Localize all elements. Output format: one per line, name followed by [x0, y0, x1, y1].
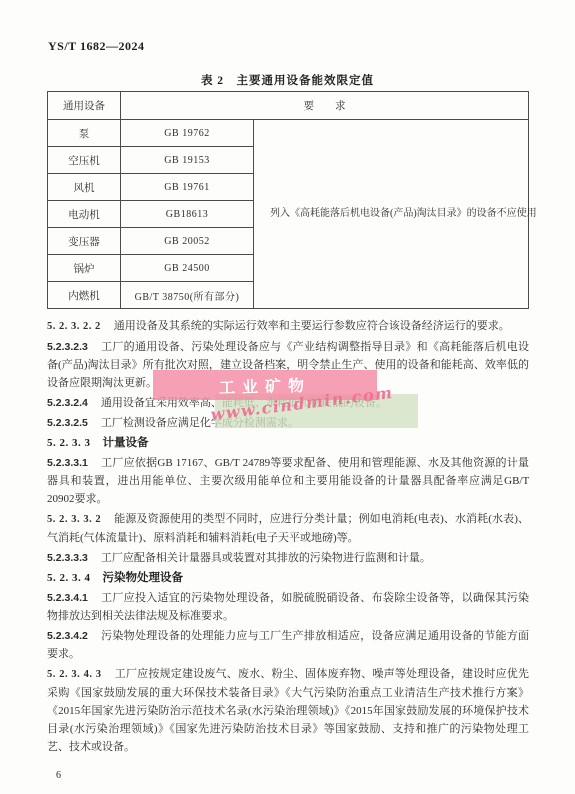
- table-row: 泵 GB 19762 列入《高耗能落后机电设备(产品)淘汰目录》的设备不应使用: [48, 120, 529, 147]
- clause-5-2-3-4-2: 5.2.3.4.2污染物处理设备的处理能力应与工厂生产排放相适应，设备应满足通用…: [47, 627, 529, 663]
- standard-code: YS/T 1682—2024: [48, 39, 144, 54]
- clause-text: 工厂应按规定建设废气、废水、粉尘、固体废弃物、噪声等处理设备，建设时应优先采购《…: [47, 668, 529, 753]
- clause-heading-pollutant-treatment-equipment: 5. 2. 3. 4污染物处理设备: [47, 569, 529, 587]
- standard-cell: GB/T 38750(所有部分): [121, 282, 254, 309]
- standard-cell: GB 20052: [121, 228, 254, 255]
- device-cell: 内燃机: [48, 282, 121, 309]
- device-cell: 泵: [48, 120, 121, 147]
- clause-number: 5.2.3.4.2: [47, 630, 88, 642]
- clause-text: 能源及资源使用的类型不同时，应进行分类计量；例如电消耗(电表)、水消耗(水表)、…: [47, 513, 529, 544]
- clause-number: 5.2.3.2.3: [47, 341, 88, 353]
- clause-number: 5.2.3.3.3: [47, 552, 88, 564]
- col-header-requirement: 要 求: [121, 92, 529, 120]
- device-cell: 变压器: [48, 228, 121, 255]
- device-cell: 空压机: [48, 147, 121, 174]
- equipment-efficiency-table: 通用设备 要 求 泵 GB 19762 列入《高耗能落后机电设备(产品)淘汰目录…: [47, 91, 529, 309]
- requirement-cell: 列入《高耗能落后机电设备(产品)淘汰目录》的设备不应使用: [254, 120, 529, 309]
- table-body: 通用设备 要 求 泵 GB 19762 列入《高耗能落后机电设备(产品)淘汰目录…: [48, 92, 529, 309]
- standard-cell: GB 24500: [121, 255, 254, 282]
- standard-cell: GB 19153: [121, 147, 254, 174]
- clause-number: 5.2.3.2.4: [47, 397, 88, 409]
- clause-heading-text: 计量设备: [103, 437, 149, 449]
- clause-text: 工厂应配备相关计量器具或装置对其排放的污染物进行监测和计量。: [101, 552, 431, 564]
- standard-cell: GB 19762: [121, 120, 254, 147]
- clause-number: 5.2.3.3.1: [47, 457, 88, 469]
- clause-text: 工厂应投入适宜的污染物处理设备，如脱硫脱硝设备、布袋除尘设备等，以确保其污染物排…: [47, 592, 529, 622]
- clause-5-2-3-3-2: 5. 2. 3. 3. 2能源及资源使用的类型不同时，应进行分类计量；例如电消耗…: [47, 510, 529, 547]
- clause-heading-metering-equipment: 5. 2. 3. 3计量设备: [47, 434, 529, 452]
- clause-5-2-3-3-3: 5.2.3.3.3工厂应配备相关计量器具或装置对其排放的污染物进行监测和计量。: [47, 549, 529, 567]
- clause-5-2-3-4-3: 5. 2. 3. 4. 3工厂应按规定建设废气、废水、粉尘、固体废弃物、噪声等处…: [47, 665, 529, 756]
- clause-number: 5. 2. 3. 4. 3: [47, 669, 102, 680]
- clause-number: 5.2.3.4.1: [47, 592, 88, 604]
- clause-heading-text: 污染物处理设备: [103, 572, 184, 584]
- clause-number: 5. 2. 3. 3: [47, 437, 91, 449]
- device-cell: 锅炉: [48, 255, 121, 282]
- device-cell: 风机: [48, 174, 121, 201]
- clause-number: 5. 2. 3. 2. 2: [47, 321, 101, 332]
- clause-number: 5. 2. 3. 3. 2: [47, 514, 101, 525]
- clause-5-2-3-4-1: 5.2.3.4.1工厂应投入适宜的污染物处理设备，如脱硫脱硝设备、布袋除尘设备等…: [47, 589, 529, 625]
- table-header-row: 通用设备 要 求: [48, 92, 529, 120]
- clause-text: 通用设备及其系统的实际运行效率和主要运行参数应符合该设备经济运行的要求。: [114, 320, 510, 332]
- clause-text: 工厂应依据GB 17167、GB/T 24789等要求配备、使用和管理能源、水及…: [47, 457, 540, 505]
- device-cell: 电动机: [48, 201, 121, 228]
- document-page: YS/T 1682—2024 表 2 主要通用设备能效限定值 通用设备 要 求 …: [0, 0, 575, 794]
- col-header-device: 通用设备: [48, 92, 121, 120]
- clause-5-2-3-2-2: 5. 2. 3. 2. 2通用设备及其系统的实际运行效率和主要运行参数应符合该设…: [47, 317, 529, 336]
- table-caption: 表 2 主要通用设备能效限定值: [0, 72, 575, 88]
- clause-number: 5.2.3.2.5: [47, 417, 88, 429]
- standard-cell: GB18613: [121, 201, 254, 228]
- standard-cell: GB 19761: [121, 174, 254, 201]
- clause-text: 污染物处理设备的处理能力应与工厂生产排放相适应，设备应满足通用设备的节能方面要求…: [47, 630, 529, 660]
- page-number: 6: [56, 770, 61, 781]
- clause-5-2-3-3-1: 5.2.3.3.1工厂应依据GB 17167、GB/T 24789等要求配备、使…: [47, 454, 529, 508]
- clause-number: 5. 2. 3. 4: [47, 572, 91, 584]
